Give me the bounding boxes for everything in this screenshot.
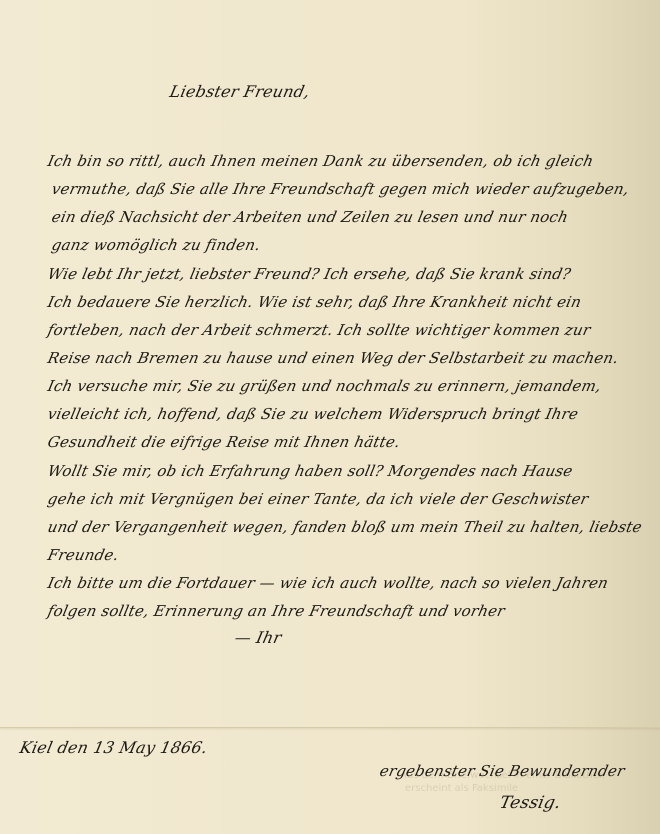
body-line: Gesundheit die eifrige Reise mit Ihnen h… (46, 433, 402, 451)
body-line: Wollt Sie mir, ob ich Erfahrung haben so… (46, 462, 574, 480)
body-line: Ich bedauere Sie herzlich. Wie ist sehr,… (46, 293, 583, 311)
date-line: Kiel den 13 May 1866. (18, 738, 209, 757)
letter-page: Aus dem Briefwechsel in einer Bibliothek… (0, 0, 660, 834)
body-line: Wie lebt Ihr jetzt, liebster Freund? Ich… (46, 265, 572, 283)
body-line: Ich versuche mir, Sie zu grüßen und noch… (46, 377, 603, 395)
body-line: gehe ich mit Vergnügen bei einer Tante, … (46, 490, 590, 508)
body-line: Ich bin so rittl, auch Ihnen meinen Dank… (46, 152, 595, 170)
body-line: Freunde. (46, 546, 120, 564)
signature-name: Tessig. (498, 793, 563, 813)
closing-mark: — Ihr (233, 628, 283, 647)
body-line: und der Vergangenheit wegen, fanden bloß… (46, 518, 644, 536)
body-line: ein dieß Nachsicht der Arbeiten und Zeil… (50, 208, 570, 226)
signature-closing: ergebenster Sie Bewundernder (378, 762, 626, 780)
body-line: fortleben, nach der Arbeit schmerzt. Ich… (46, 321, 592, 339)
body-line: folgen sollte, Erinnerung an Ihre Freund… (46, 602, 507, 620)
body-line: ganz womöglich zu finden. (50, 236, 262, 254)
salutation: Liebster Freund, (168, 82, 312, 101)
body-line: Ich bitte um die Fortdauer — wie ich auc… (46, 574, 610, 592)
body-line: Reise nach Bremen zu hause und einen Weg… (46, 349, 620, 367)
body-line: vermuthe, daß Sie alle Ihre Freundschaft… (50, 180, 631, 198)
body-line: vielleicht ich, hoffend, daß Sie zu welc… (46, 405, 580, 423)
